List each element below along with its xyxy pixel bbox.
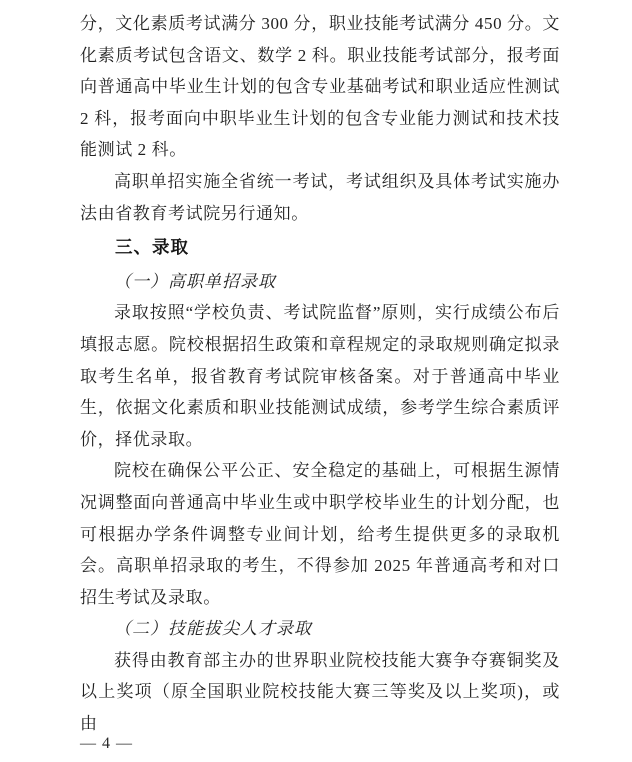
section-heading-admission: 三、录取 — [80, 232, 560, 264]
paragraph-exam-scores: 分，文化素质考试满分 300 分，职业技能考试满分 450 分。文化素质考试包含… — [80, 8, 560, 166]
subsection-heading-single-recruit-admission: （一）高职单招录取 — [80, 266, 560, 298]
page-number: — 4 — — [80, 735, 133, 753]
document-page: 分，文化素质考试满分 300 分，职业技能考试满分 450 分。文化素质考试包含… — [0, 0, 632, 762]
paragraph-admission-principle: 录取按照“学校负责、考试院监督”原则，实行成绩公布后填报志愿。院校根据招生政策和… — [80, 297, 560, 455]
subsection-heading-skill-talent-admission: （二）技能拔尖人才录取 — [80, 613, 560, 645]
paragraph-plan-adjustment: 院校在确保公平公正、安全稳定的基础上，可根据生源情况调整面向普通高中毕业生或中职… — [80, 455, 560, 613]
paragraph-unified-exam: 高职单招实施全省统一考试，考试组织及具体考试实施办法由省教育考试院另行通知。 — [80, 166, 560, 229]
paragraph-skill-competition-award: 获得由教育部主办的世界职业院校技能大赛争夺赛铜奖及以上奖项（原全国职业院校技能大… — [80, 645, 560, 740]
